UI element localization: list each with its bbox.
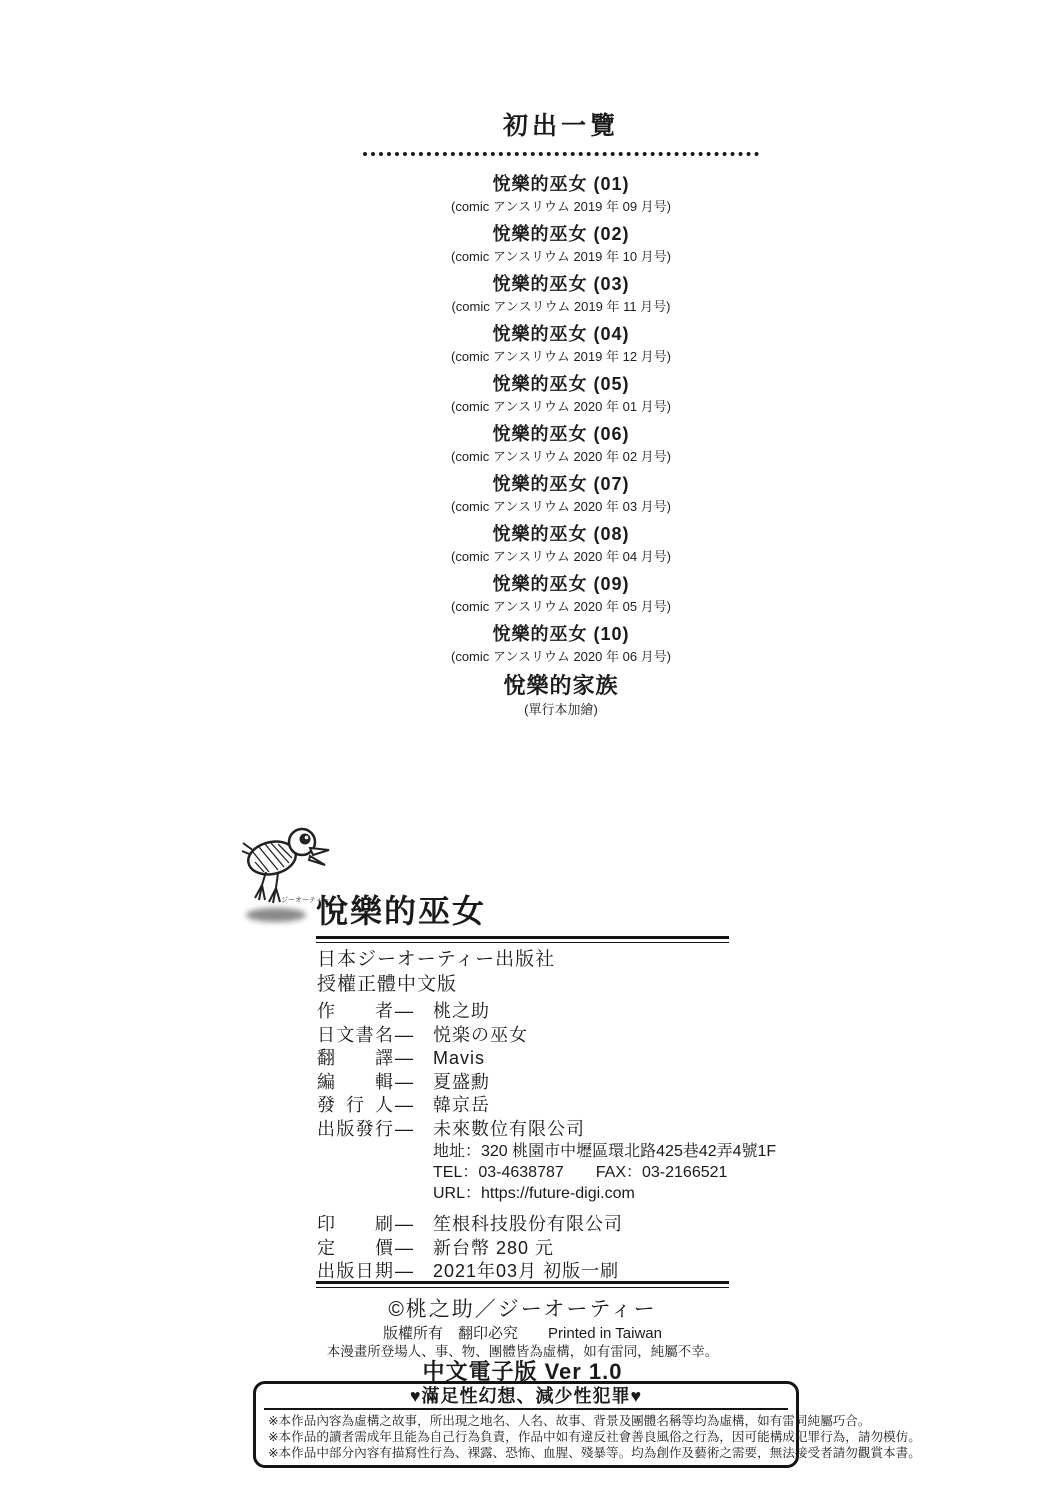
entry-source: (comic アンスリウム 2020 年 06 月号) — [311, 647, 811, 666]
publication-entry: 悅樂的巫女 (10) (comic アンスリウム 2020 年 06 月号) — [311, 621, 811, 666]
credit-label: 編輯 — [317, 1071, 393, 1095]
credit-label: 日文書名 — [317, 1024, 393, 1048]
entry-source: (單行本加繪) — [311, 700, 811, 719]
credit-value: 韓京岳 — [433, 1094, 490, 1118]
credits-gap — [317, 1204, 776, 1213]
colophon-page: 初出一覽 悅樂的巫女 (01) (comic アンスリウム 2019 年 09 … — [0, 0, 1058, 1500]
credit-dash: — — [395, 1000, 413, 1024]
publication-entry: 悅樂的巫女 (03) (comic アンスリウム 2019 年 11 月号) — [311, 271, 811, 316]
footer-rule — [316, 1281, 729, 1288]
publisher-lines: 日本ジーオーティー出版社 授權正體中文版 — [317, 948, 555, 997]
bird-eye-highlight — [305, 836, 309, 840]
credit-label: 出版日期 — [317, 1260, 393, 1284]
credit-dash: — — [395, 1024, 413, 1048]
publication-entry: 悅樂的巫女 (04) (comic アンスリウム 2019 年 12 月号) — [311, 321, 811, 366]
publication-entry: 悅樂的巫女 (05) (comic アンスリウム 2020 年 01 月号) — [311, 371, 811, 416]
entry-title: 悅樂的巫女 (09) — [311, 571, 811, 597]
publication-entry: 悅樂的巫女 (08) (comic アンスリウム 2020 年 04 月号) — [311, 521, 811, 566]
entry-title: 悅樂的巫女 (05) — [311, 371, 811, 397]
publication-entry: 悅樂的巫女 (09) (comic アンスリウム 2020 年 05 月号) — [311, 571, 811, 616]
title-rule — [316, 936, 729, 943]
credit-dash: — — [395, 1118, 413, 1142]
notice-line: ※本作品的讀者需成年且能為自己行為負責，作品中如有違反社會善良風俗之行為，因可能… — [256, 1429, 796, 1445]
credit-label: 翻譯 — [317, 1047, 393, 1071]
publisher-subline: URL：https://future-digi.com — [433, 1183, 776, 1204]
credit-dash: — — [395, 1071, 413, 1095]
entry-title: 悅樂的巫女 (07) — [311, 471, 811, 497]
first-publication-title: 初出一覽 — [311, 106, 811, 142]
entry-title: 悅樂的巫女 (10) — [311, 621, 811, 647]
credit-value: 笙根科技股份有限公司 — [433, 1213, 623, 1237]
credit-value: Mavis — [433, 1047, 485, 1071]
credit-row: 定價 — 新台幣 280 元 — [317, 1237, 776, 1261]
notice-box: ♥滿足性幻想、減少性犯罪♥ ※本作品內容為虛構之故事，所出現之地名、人名、故事、… — [253, 1381, 799, 1468]
credit-label: 發行人 — [317, 1094, 393, 1118]
bird-leg-right — [269, 873, 280, 903]
credit-row: 出版日期 — 2021年03月 初版一刷 — [317, 1260, 776, 1284]
entry-title: 悅樂的巫女 (08) — [311, 521, 811, 547]
publication-entry: 悅樂的巫女 (06) (comic アンスリウム 2020 年 02 月号) — [311, 421, 811, 466]
credit-row: 作者 — 桃之助 — [317, 1000, 776, 1024]
bird-eye — [300, 834, 311, 845]
notice-divider — [264, 1408, 788, 1410]
notice-heading: ♥滿足性幻想、減少性犯罪♥ — [256, 1386, 796, 1407]
credit-label: 印刷 — [317, 1213, 393, 1237]
credit-row: 編輯 — 夏盛勳 — [317, 1071, 776, 1095]
publication-entry: 悅樂的巫女 (02) (comic アンスリウム 2019 年 10 月号) — [311, 221, 811, 266]
credit-dash: — — [395, 1094, 413, 1118]
notice-line: ※本作品內容為虛構之故事，所出現之地名、人名、故事、背景及團體名稱等均為虛構，如… — [256, 1413, 796, 1429]
credit-label: 出版發行 — [317, 1118, 393, 1142]
credit-dash: — — [395, 1213, 413, 1237]
publisher-subline: TEL：03-4638787 FAX：03-2166521 — [433, 1162, 776, 1183]
copyright-line: ©桃之助／ジーオーティー — [316, 1293, 729, 1323]
book-title: 悅樂的巫女 — [316, 892, 486, 930]
entry-title: 悅樂的巫女 (02) — [311, 221, 811, 247]
publisher-line2: 授權正體中文版 — [317, 973, 555, 998]
entry-source: (comic アンスリウム 2019 年 11 月号) — [311, 297, 811, 316]
entry-source: (comic アンスリウム 2019 年 12 月号) — [311, 347, 811, 366]
credit-dash: — — [395, 1260, 413, 1284]
credit-label: 定價 — [317, 1237, 393, 1261]
publication-entry: 悅樂的巫女 (07) (comic アンスリウム 2020 年 03 月号) — [311, 471, 811, 516]
publisher-subline: 地址：320 桃園市中壢區環北路425巷42弄4號1F — [433, 1141, 776, 1162]
entry-title: 悅樂的巫女 (06) — [311, 421, 811, 447]
credit-row: 出版發行 — 未來數位有限公司 — [317, 1118, 776, 1142]
first-publication-list: 初出一覽 悅樂的巫女 (01) (comic アンスリウム 2019 年 09 … — [311, 106, 811, 724]
credit-value: 悦楽の巫女 — [433, 1024, 528, 1048]
publication-entry: 悅樂的巫女 (01) (comic アンスリウム 2019 年 09 月号) — [311, 171, 811, 216]
entry-source: (comic アンスリウム 2019 年 10 月号) — [311, 247, 811, 266]
bird-beak-lower — [309, 856, 325, 865]
entry-source: (comic アンスリウム 2020 年 04 月号) — [311, 547, 811, 566]
entry-title: 悅樂的家族 — [311, 671, 811, 700]
credit-value: 2021年03月 初版一刷 — [433, 1260, 619, 1284]
dotted-divider — [363, 152, 759, 156]
credit-dash: — — [395, 1237, 413, 1261]
bird-leg-left — [255, 872, 266, 900]
entry-source: (comic アンスリウム 2020 年 01 月号) — [311, 397, 811, 416]
credit-label: 作者 — [317, 1000, 393, 1024]
credits-block: 作者 — 桃之助 日文書名 — 悦楽の巫女 翻譯 — Mavis 編輯 — 夏盛… — [317, 1000, 776, 1284]
entry-source: (comic アンスリウム 2020 年 05 月号) — [311, 597, 811, 616]
credit-row: 印刷 — 笙根科技股份有限公司 — [317, 1213, 776, 1237]
credit-row: 日文書名 — 悦楽の巫女 — [317, 1024, 776, 1048]
credit-value: 未來數位有限公司 — [433, 1118, 585, 1142]
entry-source: (comic アンスリウム 2020 年 03 月号) — [311, 497, 811, 516]
credit-row: 翻譯 — Mavis — [317, 1047, 776, 1071]
logo-shadow — [246, 908, 306, 922]
notice-line: ※本作品中部分內容有描寫性行為、裸露、恐怖、血腥、殘暴等。均為創作及藝術之需要，… — [256, 1445, 796, 1461]
entry-title: 悅樂的巫女 (04) — [311, 321, 811, 347]
entry-title: 悅樂的巫女 (01) — [311, 171, 811, 197]
credit-dash: — — [395, 1047, 413, 1071]
credit-value: 新台幣 280 元 — [433, 1237, 554, 1261]
entry-source: (comic アンスリウム 2020 年 02 月号) — [311, 447, 811, 466]
publisher-line1: 日本ジーオーティー出版社 — [317, 948, 555, 973]
bird-beak-upper — [310, 848, 329, 855]
entry-title: 悅樂的巫女 (03) — [311, 271, 811, 297]
credit-value: 夏盛勳 — [433, 1071, 490, 1095]
entry-source: (comic アンスリウム 2019 年 09 月号) — [311, 197, 811, 216]
publication-entry-family: 悅樂的家族 (單行本加繪) — [311, 671, 811, 719]
credit-row: 發行人 — 韓京岳 — [317, 1094, 776, 1118]
credit-value: 桃之助 — [433, 1000, 490, 1024]
